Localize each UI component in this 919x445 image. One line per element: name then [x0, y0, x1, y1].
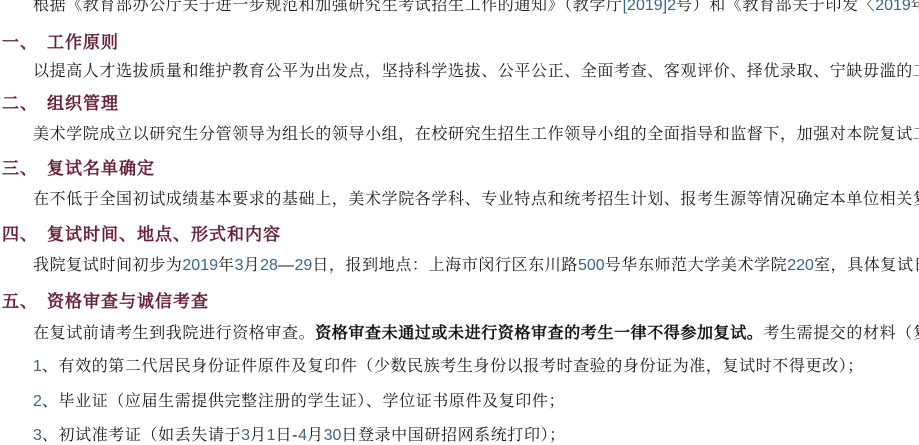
- numeric-text: 3: [235, 257, 244, 274]
- section-4-title: 复试时间、地点、形式和内容: [47, 225, 281, 244]
- section-4-number: 四、: [2, 225, 38, 244]
- numeric-text: 30: [324, 427, 342, 444]
- numeric-text: 2019: [875, 0, 911, 14]
- section-4-body: 我院复试时间初步为2019年3月28—29日，报到地点：上海市闵行区东川路500…: [0, 256, 919, 275]
- bold-text: 资格审查未通过或未进行资格审查的考生一律不得参加复试。: [315, 325, 763, 342]
- text-segment: 年全国: [911, 0, 919, 14]
- section-5-number: 五、: [2, 292, 38, 311]
- section-3-number: 三、: [2, 159, 38, 178]
- numeric-text: 2: [33, 393, 42, 410]
- text-segment: 室，具体复试日程详: [814, 257, 919, 274]
- section-1-title: 工作原则: [47, 33, 119, 52]
- text-segment: 月: [250, 427, 267, 444]
- text-segment: 、有效的第二代居民身份证件原件及复印件（少数民族考生身份以报考时查验的身份证为准…: [42, 358, 864, 375]
- numeric-text: [2019]2: [623, 0, 676, 14]
- numeric-text: 29: [295, 257, 313, 274]
- numeric-text: 28: [260, 257, 278, 274]
- document-page: 根据《教育部办公厅关于进一步规范和加强研究生考试招生工作的通知》（教学厅[201…: [0, 0, 919, 445]
- numeric-text: 2019: [182, 257, 218, 274]
- text-segment: 月: [307, 427, 324, 444]
- text-segment: 号）和《教育部关于印发〈: [676, 0, 875, 14]
- numeric-text: 1: [267, 427, 276, 444]
- section-2-title: 组织管理: [47, 94, 119, 113]
- section-2-number: 二、: [2, 94, 38, 113]
- section-2-body: 美术学院成立以研究生分管领导为组长的领导小组，在校研究生招生工作领导小组的全面指…: [0, 125, 919, 144]
- text-segment: 根据《教育部办公厅关于进一步规范和加强研究生考试招生工作的通知》（教学厅: [33, 0, 623, 14]
- text-segment: 日-: [276, 427, 299, 444]
- section-5-title: 资格审查与诚信考查: [47, 292, 209, 311]
- numeric-text: 3: [33, 427, 42, 444]
- section-1-heading: 一、工作原则: [0, 33, 919, 52]
- numeric-text: 3: [241, 427, 250, 444]
- numeric-text: 4: [298, 427, 307, 444]
- section-5-heading: 五、资格审查与诚信考查: [0, 292, 919, 311]
- list-item-2: 2、毕业证（应届生需提供完整注册的学生证）、学位证书原件及复印件；: [0, 392, 919, 411]
- section-4-heading: 四、复试时间、地点、形式和内容: [0, 225, 919, 244]
- text-segment: 美术学院成立以研究生分管领导为组长的领导小组，在校研究生招生工作领导小组的全面指…: [33, 126, 919, 143]
- text-segment: 在不低于全国初试成绩基本要求的基础上，美术学院各学科、专业特点和统考招生计划、报…: [33, 191, 919, 208]
- text-segment: 日登录中国研招网系统打印）；: [341, 427, 565, 444]
- text-segment: 号华东师范大学美术学院: [605, 257, 788, 274]
- text-segment: 我院复试时间初步为: [33, 257, 182, 274]
- numeric-text: 220: [787, 257, 814, 274]
- section-1-body: 以提高人才选拔质量和维护教育公平为出发点，坚持科学选拔、公平公正、全面考查、客观…: [0, 62, 919, 81]
- section-3-body: 在不低于全国初试成绩基本要求的基础上，美术学院各学科、专业特点和统考招生计划、报…: [0, 190, 919, 209]
- intro-line: 根据《教育部办公厅关于进一步规范和加强研究生考试招生工作的通知》（教学厅[201…: [0, 0, 919, 15]
- text-segment: —: [278, 257, 295, 274]
- text-segment: 在复试前请考生到我院进行资格审查。: [33, 325, 315, 342]
- text-segment: 以提高人才选拔质量和维护教育公平为出发点，坚持科学选拔、公平公正、全面考查、客观…: [33, 63, 919, 80]
- text-segment: 日，报到地点：上海市闵行区东川路: [312, 257, 578, 274]
- text-segment: 考生需提交的材料（复: [763, 325, 919, 342]
- numeric-text: 500: [578, 257, 605, 274]
- text-segment: 月: [244, 257, 261, 274]
- section-2-heading: 二、组织管理: [0, 94, 919, 113]
- list-item-3: 3、初试准考证（如丢失请于3月1日-4月30日登录中国研招网系统打印）；: [0, 426, 919, 445]
- text-segment: 、初试准考证（如丢失请于: [42, 427, 241, 444]
- section-3-heading: 三、复试名单确定: [0, 159, 919, 178]
- numeric-text: 1: [33, 358, 42, 375]
- text-segment: 、毕业证（应届生需提供完整注册的学生证）、学位证书原件及复印件；: [42, 393, 565, 410]
- section-5-body: 在复试前请考生到我院进行资格审查。资格审查未通过或未进行资格审查的考生一律不得参…: [0, 324, 919, 343]
- section-3-title: 复试名单确定: [47, 159, 155, 178]
- list-item-1: 1、有效的第二代居民身份证件原件及复印件（少数民族考生身份以报考时查验的身份证为…: [0, 357, 919, 376]
- text-segment: 年: [218, 257, 235, 274]
- section-1-number: 一、: [2, 33, 38, 52]
